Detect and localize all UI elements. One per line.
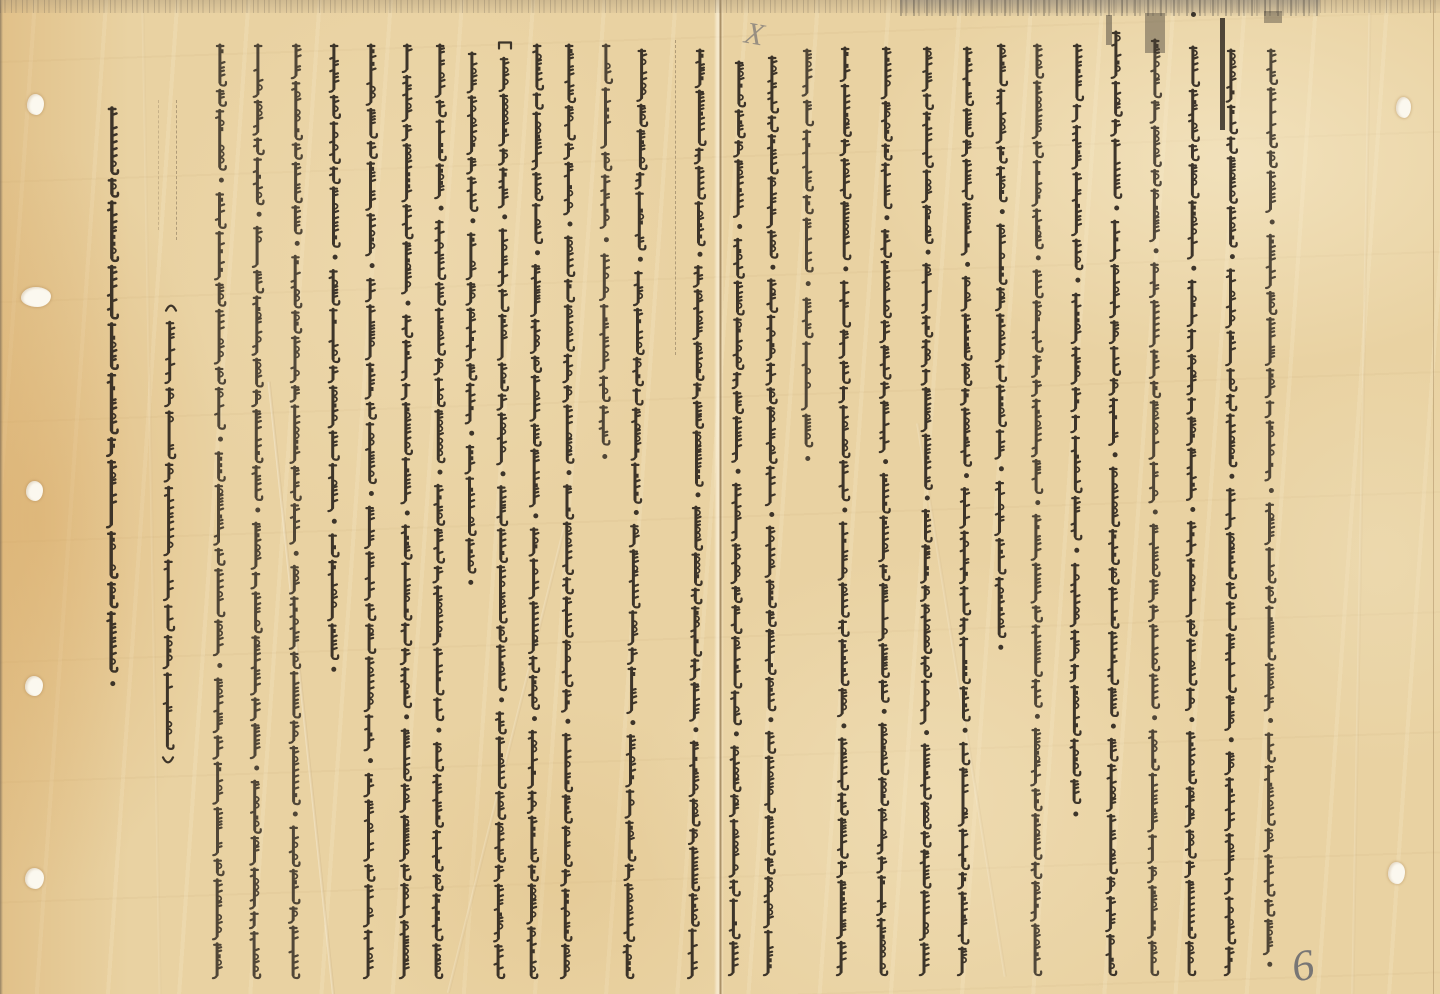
body-text-column (764, 57, 778, 975)
body-text-column (729, 62, 745, 975)
body-text-column (250, 45, 264, 978)
body-text-column (688, 50, 706, 978)
body-text-column (494, 43, 511, 979)
body-text-column (995, 45, 1007, 650)
body-text-column (1070, 45, 1083, 817)
body-text-column (1031, 45, 1043, 975)
body-text-column (328, 45, 340, 672)
body-text-column (600, 45, 612, 459)
body-text-column (289, 45, 302, 978)
body-text-column (527, 45, 543, 978)
body-text-column (802, 50, 813, 461)
scanned-document-page: X 6 (0, 0, 1440, 994)
body-text-column (213, 45, 226, 978)
document-title (107, 108, 118, 686)
body-text-column (877, 48, 891, 975)
body-text-column (1185, 47, 1199, 975)
body-text-column (364, 45, 377, 978)
body-text-column (1148, 40, 1161, 975)
document-subtitle (163, 306, 176, 763)
body-text-column (1264, 50, 1277, 967)
body-text-column (1225, 50, 1237, 975)
body-text-column (561, 45, 575, 978)
body-text-column (433, 45, 446, 978)
body-text-column (920, 48, 933, 975)
body-text-column (624, 50, 647, 978)
typescript-text-layer (0, 0, 1440, 994)
body-text-column (837, 48, 851, 975)
body-text-column (466, 53, 478, 585)
body-text-column (400, 45, 413, 978)
body-text-column (1106, 32, 1121, 975)
body-text-column (958, 48, 973, 975)
